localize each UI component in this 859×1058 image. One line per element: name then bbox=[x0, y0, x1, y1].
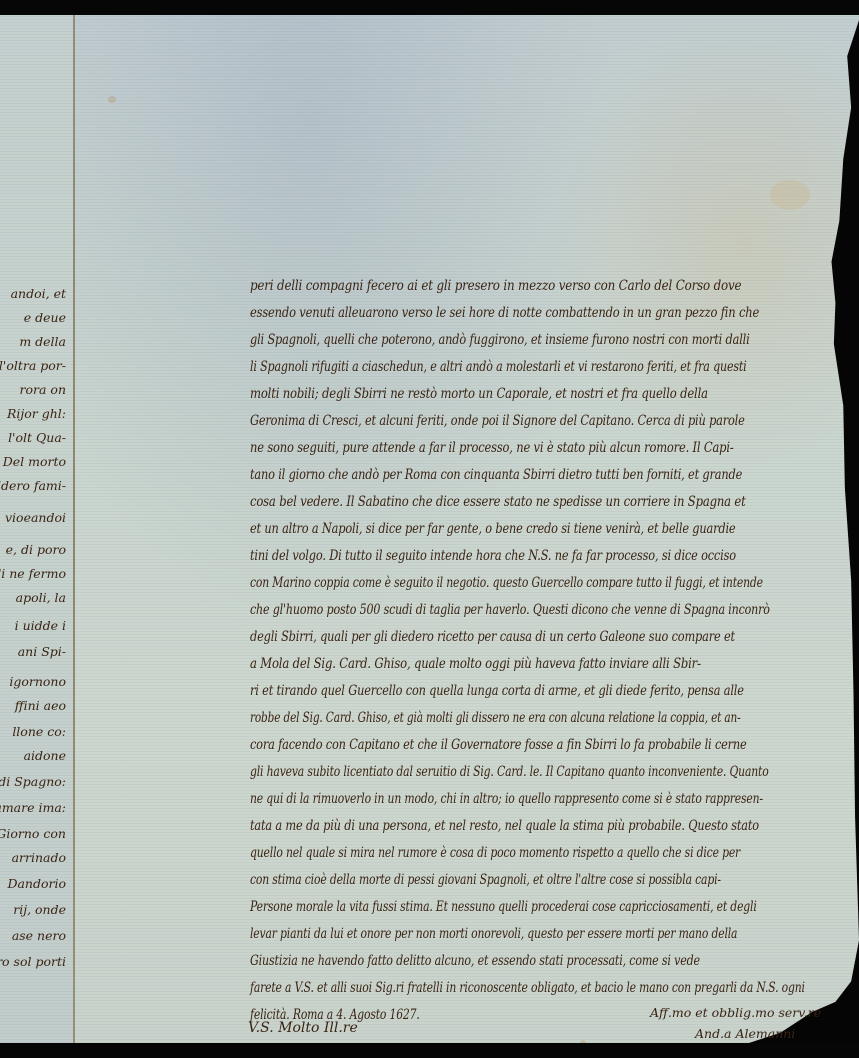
scanned-manuscript: andoi, et e deue m della l'oltra por- ro… bbox=[0, 0, 859, 1058]
paper-stain bbox=[108, 96, 116, 103]
left-line: llone co: bbox=[12, 726, 66, 739]
letter-line: ri et tirando quel Guercello con quella … bbox=[250, 685, 744, 699]
left-line: m della bbox=[19, 336, 66, 349]
letter-line: a Mola del Sig. Card. Ghiso, quale molto… bbox=[250, 658, 701, 672]
letter-line: tini del volgo. Di tutto il seguito inte… bbox=[250, 550, 736, 564]
left-line: andoi, et bbox=[11, 288, 66, 301]
left-line: igornono bbox=[9, 676, 66, 689]
scan-border-bottom bbox=[0, 1043, 859, 1058]
letter-line: essendo venuti alleuarono verso le sei h… bbox=[250, 307, 759, 321]
letter-line: cora facendo con Capitano et che il Gove… bbox=[250, 739, 747, 753]
letter-line: tano il giorno che andò per Roma con cin… bbox=[250, 469, 742, 483]
letter-line: et un altro a Napoli, si dice per far ge… bbox=[250, 523, 735, 537]
paper-stain bbox=[770, 180, 810, 210]
left-line: i uidde i bbox=[15, 620, 66, 633]
letter-line: li Spagnoli rifugiti a ciaschedun, e alt… bbox=[250, 361, 747, 375]
letter-line: degli Sbirri, quali per gli diedero rice… bbox=[250, 631, 735, 645]
left-page-text: andoi, et e deue m della l'oltra por- ro… bbox=[0, 0, 74, 1058]
closing-formula: Aff.mo et obblig.mo serv.re bbox=[650, 1005, 821, 1020]
left-line: di Spagno: bbox=[0, 776, 66, 789]
scan-border-top bbox=[0, 0, 859, 16]
left-line: Giorno con bbox=[0, 828, 66, 841]
signature: And.a Alemanni bbox=[695, 1026, 795, 1041]
left-line: e deue bbox=[24, 312, 66, 325]
letter-line: ne sono seguiti, pure attende a far il p… bbox=[250, 442, 734, 456]
letter-line: Giustizia ne havendo fatto delitto alcun… bbox=[250, 955, 700, 969]
left-line: e, di poro bbox=[6, 544, 66, 557]
left-line: oli ne fermo bbox=[0, 568, 66, 581]
left-line: ffini aeo bbox=[15, 700, 66, 713]
left-line: ani Spi- bbox=[18, 646, 66, 659]
letter-line: Persone morale la vita fussi stima. Et n… bbox=[250, 901, 757, 915]
left-line: vioeandoi bbox=[5, 512, 66, 525]
left-line: ase nero bbox=[12, 930, 66, 943]
left-line: Del morto bbox=[3, 456, 66, 469]
letter-line: che gl'huomo posto 500 scudi di taglia p… bbox=[250, 604, 770, 618]
left-line: ro sol porti bbox=[0, 956, 66, 969]
left-line: l'oltra por- bbox=[0, 360, 66, 373]
left-line: Dandorio bbox=[7, 878, 66, 891]
salutation: V.S. Molto Ill.re bbox=[248, 1020, 358, 1036]
letter-line: levar pianti da lui et onore per non mor… bbox=[250, 928, 737, 942]
left-line: rora on bbox=[20, 384, 66, 397]
letter-line: molti nobili; degli Sbirri ne restò mort… bbox=[250, 388, 708, 402]
left-line: arrinado bbox=[12, 852, 66, 865]
letter-line: con stima cioè della morte di pessi giov… bbox=[250, 874, 721, 888]
letter-line: tata a me da più di una persona, et nel … bbox=[250, 820, 759, 834]
left-line: ldero fami- bbox=[0, 480, 66, 493]
left-line: l'olt Qua- bbox=[8, 432, 66, 445]
letter-line: quello nel quale si mira nel rumore è co… bbox=[250, 847, 740, 861]
page-fold-line bbox=[73, 15, 75, 1043]
left-line: rij, onde bbox=[13, 904, 66, 917]
left-line: Rijor ghl: bbox=[7, 408, 66, 421]
letter-line: Geronima di Cresci, et alcuni feriti, on… bbox=[250, 415, 745, 429]
letter-line: con Marino coppia come è seguito il nego… bbox=[250, 577, 763, 591]
letter-line: gli haveva subito licentiato dal seruiti… bbox=[250, 766, 769, 780]
letter-line: gli Spagnoli, quelli che poterono, andò … bbox=[250, 334, 750, 348]
left-line: apoli, la bbox=[16, 592, 66, 605]
letter-line: cosa bel vedere. Il Sabatino che dice es… bbox=[250, 496, 746, 510]
left-line: amare ima: bbox=[0, 802, 66, 815]
letter-line: ne qui di la rimuoverlo in un modo, chi … bbox=[250, 793, 763, 807]
letter-line: peri delli compagni fecero ai et gli pre… bbox=[250, 280, 741, 294]
letter-line: robbe del Sig. Card. Ghiso, et già molti… bbox=[250, 712, 741, 726]
letter-line: farete a V.S. et alli suoi Sig.ri fratel… bbox=[250, 982, 805, 996]
left-line: aidone bbox=[24, 750, 66, 763]
